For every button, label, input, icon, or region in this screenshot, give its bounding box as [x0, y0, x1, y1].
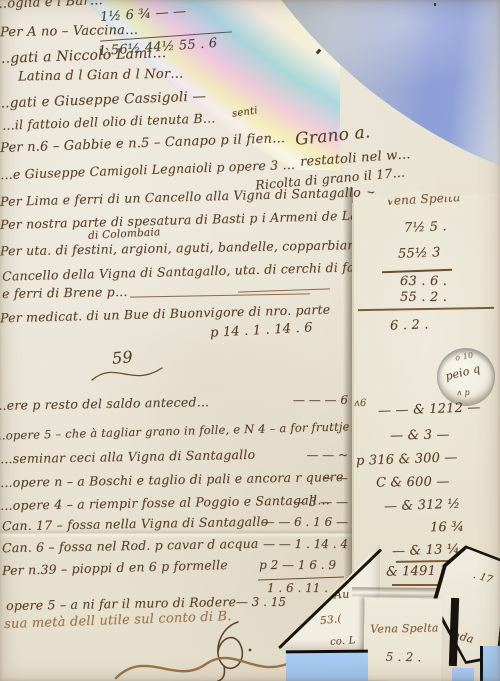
column-value: — — & 1212 — — [378, 400, 481, 419]
column-value: 63 . 6 . — [400, 274, 447, 289]
ink-rule — [130, 293, 310, 297]
photo-under-blue — [452, 668, 474, 681]
sheet-edge-shadow — [343, 188, 353, 590]
ledger-entry: …seminar ceci alla Vigna di Santagallo — [0, 447, 255, 466]
photo-under-blue — [480, 646, 500, 681]
manuscript-line: …oglia e l Bar… — [0, 0, 103, 12]
manuscript-line: …gati a Niccolò Lami… — [0, 45, 167, 67]
ledger-amount: — — ~ — [236, 448, 348, 462]
hole-fragment: o 10 — [454, 350, 474, 362]
ledger-entry: Can. 6 – fossa nel Rod. p cavar d acqua — [2, 536, 259, 555]
ledger-entry: Per uta. di festini, argioni, aguti, ban… — [0, 237, 388, 259]
column-value: — & 312 ½ — [384, 497, 461, 515]
ledger-entry: Per n.39 – pioppi d en 6 p formelle — [2, 557, 228, 578]
photo-under-blue — [286, 650, 368, 681]
column-value: 16 ¾ — [430, 520, 464, 536]
ledger-amount: — 3 . 15 — [190, 595, 286, 609]
manuscript-photo: …oglia e l Bar… 1½ 6 ¾ — — Per A no – Va… — [0, 0, 500, 681]
ledger-entry: sua metà dell utile sul conto di B. — [4, 609, 232, 632]
flourish-page-number — [88, 358, 168, 388]
column-header: Vena Spelta — [386, 190, 461, 208]
ledger-entry: di Colombaia — [88, 226, 161, 242]
ledger-entry: …opere 5 – che à tagliar grano in folle,… — [0, 419, 350, 442]
manuscript-line: Latina d l Gian d l Nor… — [18, 67, 184, 85]
margin-mark: ʌ6 — [354, 398, 366, 409]
hole-fragment: ʌ p — [457, 388, 470, 397]
ledger-entry: …ere p resto del saldo anteced… — [0, 394, 209, 413]
ink-rule — [238, 288, 330, 292]
dark-edge — [449, 598, 459, 666]
column-value: — & 13 ¼ — [392, 542, 460, 559]
ledger-entry: …e Giuseppe Camigoli Legnaioli p opere 3… — [0, 157, 295, 182]
ink-rule — [358, 307, 494, 311]
column-header: Vena Spelta — [370, 621, 439, 635]
ledger-amount: p 14 . 1 . 14 . 6 — [210, 320, 313, 340]
column-value: — & 3 — — [390, 427, 450, 443]
fragment-text: 53.( — [319, 613, 342, 627]
ledger-amount: ~ — — [236, 471, 348, 485]
column-value: 55 . 2 . — [400, 290, 447, 305]
ledger-amount: — — — 6 — [232, 393, 348, 407]
ledger-amount: — 3 — — — [236, 495, 348, 509]
manuscript-line: Per n.6 – Gabbie e n.5 – Canapo p il fie… — [0, 131, 285, 156]
ledger-entry: Per Lima e ferri di un Cancello alla Vig… — [0, 184, 376, 209]
fragment-text: . 17 — [472, 570, 494, 586]
right-sheet: Vena Spelta 7½ 5 . 55½ 3 63 . 6 . 55 . 2… — [352, 186, 500, 590]
manuscript-line: Per A no – Vaccina… — [0, 23, 138, 40]
manuscript-line: …il fattoio dell olio di tenuta B… — [2, 110, 216, 132]
dust-speck — [434, 3, 436, 6]
column-value: C & 600 — — [376, 474, 450, 490]
column-value: 7½ 5 . — [404, 219, 447, 235]
column-value: 55½ 3 — [398, 245, 441, 261]
ledger-entry: Per nostra parte di spesatura di Basti p… — [0, 207, 383, 232]
fragment-text: co. L — [330, 635, 356, 648]
ink-rule — [382, 269, 452, 273]
paper-strip: Vena Spelta 5 . 2 . — [363, 597, 442, 681]
column-value: p 316 & 300 — — [356, 450, 458, 469]
manuscript-line: …gati e Giuseppe Cassigoli — — [0, 88, 206, 111]
column-value: 6 . 2 . — [390, 317, 429, 333]
ledger-entry: e ferri di Brene p… — [2, 284, 128, 301]
hole-fragment: peio q — [444, 362, 482, 383]
punched-hole: o 10 peio q ʌ p — [437, 348, 495, 406]
column-value: 5 . 2 . — [386, 650, 422, 665]
ledger-amount: — — 6 . 1 6 — — [232, 515, 348, 529]
